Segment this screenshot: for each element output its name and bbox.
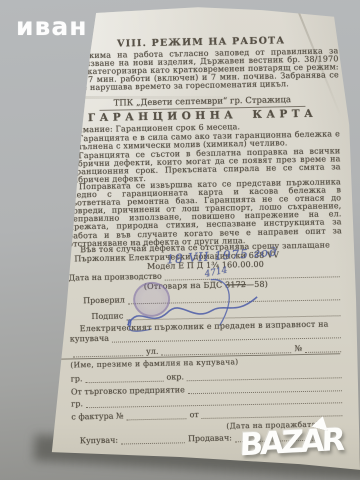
store-city-label: гр. — [71, 399, 83, 408]
handover-buyer-word: купувача — [70, 334, 109, 344]
regime-paragraph: Режима на работа съгласно заповед от пра… — [54, 47, 347, 93]
document-content: VIII. РЕЖИМ НА РАБОТА Режима на работа с… — [53, 0, 354, 473]
store-label: От търговско предприятие — [71, 385, 185, 396]
seller-label: Продавач: — [188, 433, 232, 443]
repair-paragraph: Поправката се извършва като се представи… — [57, 178, 350, 248]
bazar-logo-watermark: BAZAR — [239, 421, 360, 480]
fill-in-line — [121, 434, 185, 444]
street-label: ул. — [146, 347, 159, 356]
invoice-from-label: от — [189, 410, 198, 419]
fill-in-line — [187, 369, 342, 381]
fill-in-line — [126, 410, 186, 420]
store-city-row: гр. — [61, 394, 353, 409]
production-date-label: Дата на производство — [69, 272, 162, 283]
fill-in-line — [85, 373, 163, 383]
bazar-logo-text: BAZAR — [239, 422, 343, 464]
fill-in-line — [86, 394, 342, 408]
city-district-row: гр. окр. — [61, 369, 353, 384]
fill-in-line — [305, 343, 341, 353]
fill-in-line — [202, 407, 343, 419]
invoice-label: с фактура № — [71, 411, 123, 421]
district-label: окр. — [166, 372, 184, 381]
seller-name-watermark: иван — [16, 12, 87, 41]
buyer-label: Купувач: — [80, 436, 118, 446]
street-number-label: № — [294, 344, 302, 353]
fill-in-line — [73, 347, 143, 357]
warranty-card-paper: VIII. РЕЖИМ НА РАБОТА Режима на работа с… — [0, 0, 360, 480]
city-label: гр. — [71, 374, 83, 383]
fill-in-line — [188, 382, 342, 394]
